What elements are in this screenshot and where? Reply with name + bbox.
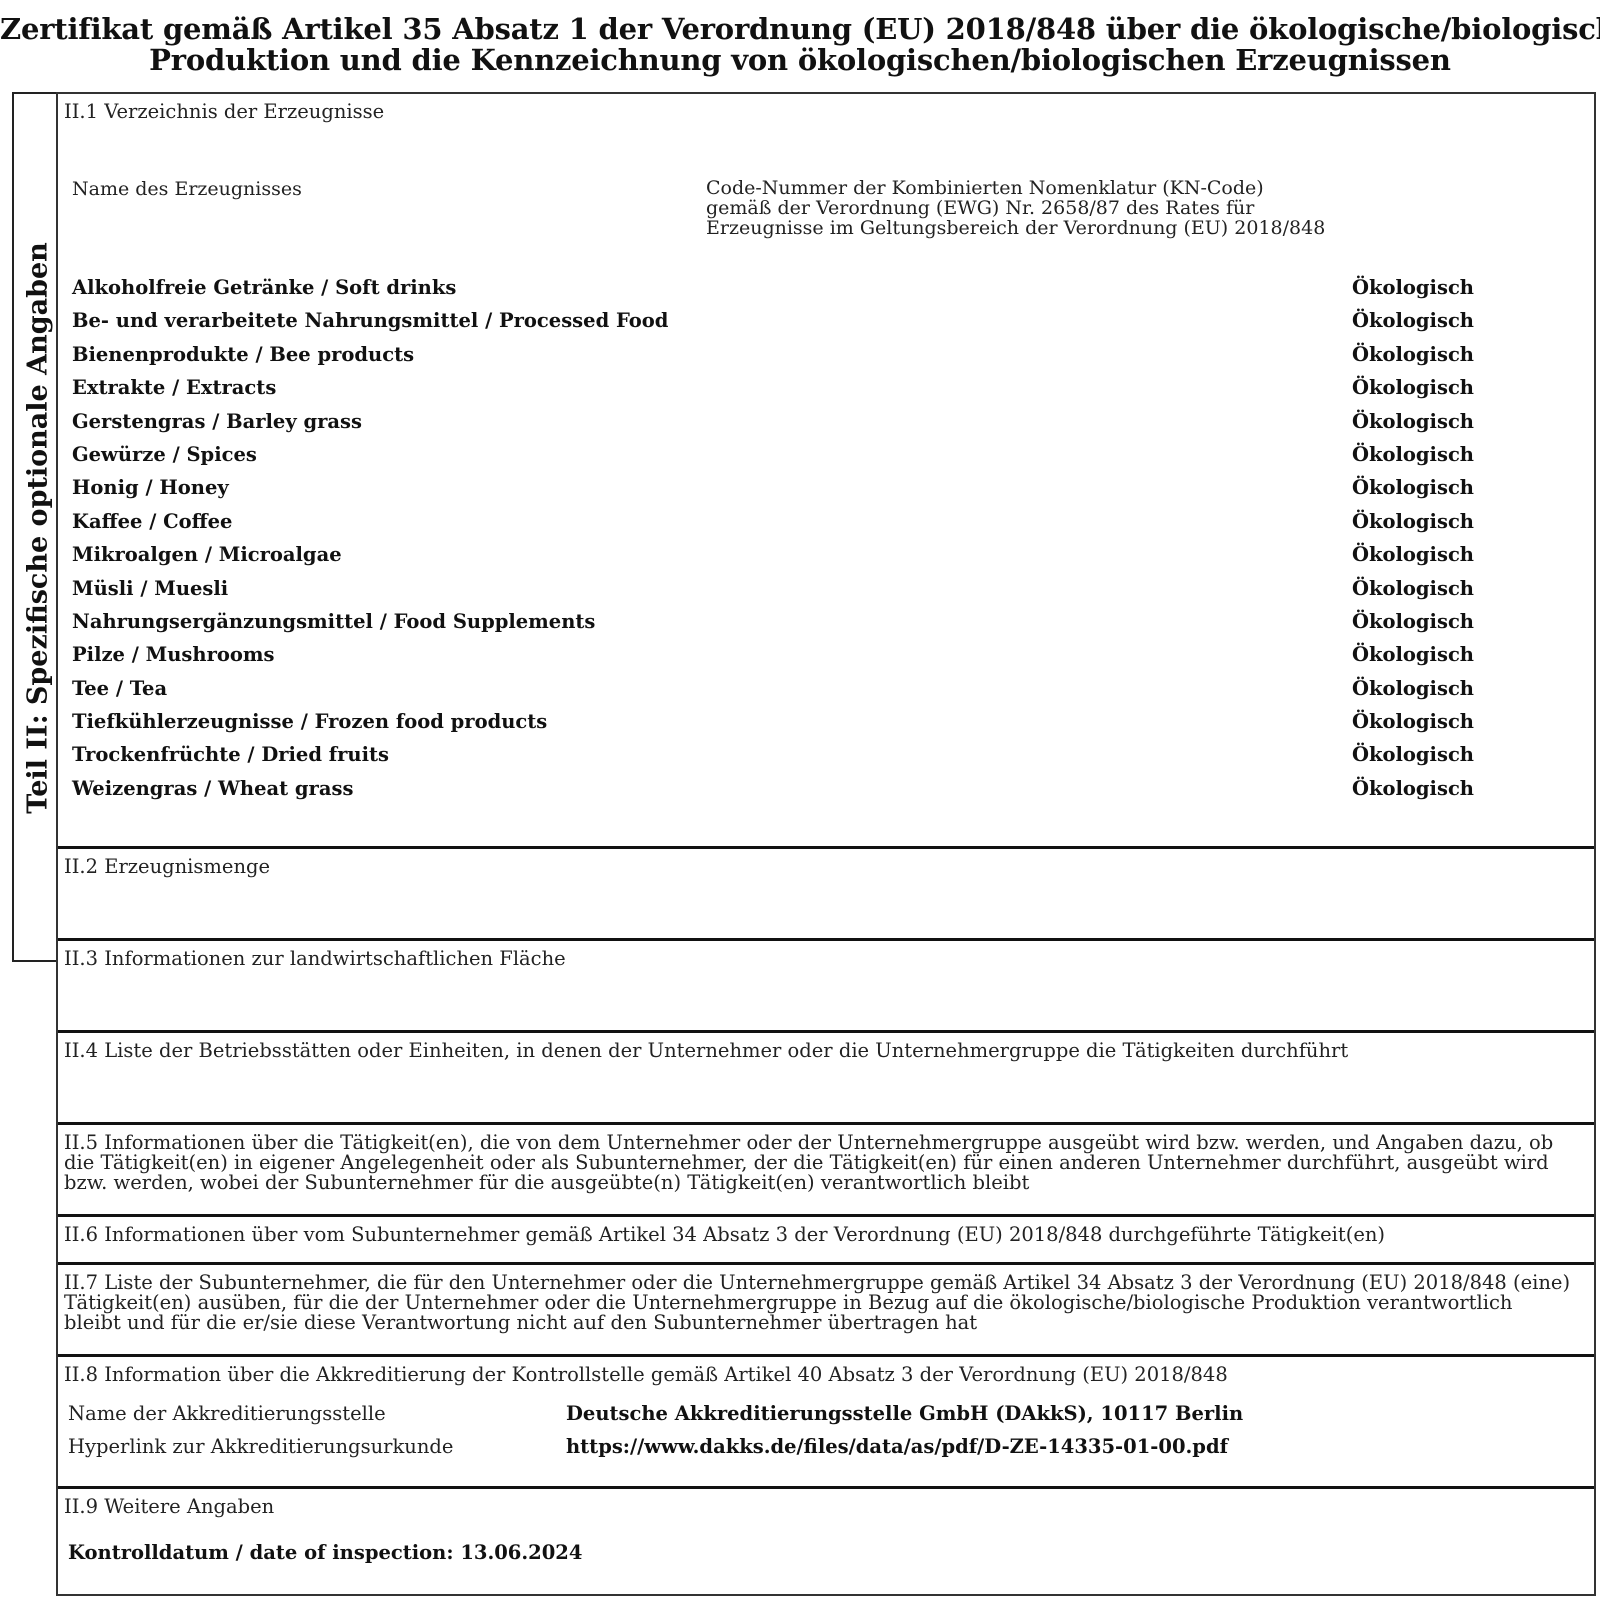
product-row: Tiefkühlerzeugnisse / Frozen food produc… [72,710,1472,743]
product-row: Bienenprodukte / Bee productsÖkologisch [72,343,1472,376]
section-ii-9: II.9 Weitere Angaben Kontrolldatum / dat… [58,1486,1594,1594]
section-ii-7: II.7 Liste der Subunternehmer, die für d… [58,1262,1594,1354]
product-organic-status: Ökologisch [1352,743,1474,766]
product-name: Gerstengras / Barley grass [72,410,362,433]
product-organic-status: Ökologisch [1352,276,1474,299]
title-line-1: Zertifikat gemäß Artikel 35 Absatz 1 der… [0,14,1600,45]
product-organic-status: Ökologisch [1352,443,1474,466]
accreditation-link-label: Hyperlink zur Akkreditierungsurkunde [68,1435,453,1458]
product-name: Müsli / Muesli [72,577,228,600]
title-line-2: Produktion und die Kennzeichnung von öko… [0,45,1600,76]
column-header-cn-code: Code-Nummer der Kombinierten Nomenklatur… [706,178,1466,238]
accreditation-body-label: Name der Akkreditierungsstelle [68,1402,386,1425]
product-row: Tee / TeaÖkologisch [72,677,1472,710]
product-row: Pilze / MushroomsÖkologisch [72,643,1472,676]
section-heading: II.5 Informationen über die Tätigkeit(en… [64,1133,1574,1193]
section-ii-5: II.5 Informationen über die Tätigkeit(en… [58,1122,1594,1214]
section-ii-2: II.2 Erzeugnismenge [58,846,1594,938]
section-ii-4: II.4 Liste der Betriebsstätten oder Einh… [58,1030,1594,1122]
product-organic-status: Ökologisch [1352,577,1474,600]
product-organic-status: Ökologisch [1352,777,1474,800]
accreditation-link[interactable]: https://www.dakks.de/files/data/as/pdf/D… [566,1435,1228,1458]
product-organic-status: Ökologisch [1352,476,1474,499]
product-name: Be- und verarbeitete Nahrungsmittel / Pr… [72,309,668,332]
product-row: Extrakte / ExtractsÖkologisch [72,376,1472,409]
accreditation-body-value: Deutsche Akkreditierungsstelle GmbH (DAk… [566,1402,1243,1425]
product-name: Honig / Honey [72,476,229,499]
product-row: Gewürze / SpicesÖkologisch [72,443,1472,476]
accreditation-link-text[interactable]: https://www.dakks.de/files/data/as/pdf/D… [566,1435,1228,1458]
product-row: Honig / HoneyÖkologisch [72,476,1472,509]
product-name: Tee / Tea [72,677,167,700]
product-row: Mikroalgen / MicroalgaeÖkologisch [72,543,1472,576]
product-organic-status: Ökologisch [1352,510,1474,533]
product-row: Gerstengras / Barley grassÖkologisch [72,410,1472,443]
product-name: Weizengras / Wheat grass [72,777,353,800]
column-header-product-name: Name des Erzeugnisses [72,178,302,200]
product-name: Trockenfrüchte / Dried fruits [72,743,389,766]
section-ii-8: II.8 Information über die Akkreditierung… [58,1354,1594,1486]
product-organic-status: Ökologisch [1352,710,1474,733]
product-row: Weizengras / Wheat grassÖkologisch [72,777,1472,810]
section-heading: II.4 Liste der Betriebsstätten oder Einh… [64,1041,1348,1061]
section-heading: II.6 Informationen über vom Subunternehm… [64,1225,1385,1245]
section-heading: II.8 Information über die Akkreditierung… [64,1365,1228,1385]
product-row: Be- und verarbeitete Nahrungsmittel / Pr… [72,309,1472,342]
product-name: Mikroalgen / Microalgae [72,543,342,566]
product-organic-status: Ökologisch [1352,376,1474,399]
product-name: Extrakte / Extracts [72,376,276,399]
product-name: Kaffee / Coffee [72,510,232,533]
product-row: Nahrungsergänzungsmittel / Food Suppleme… [72,610,1472,643]
section-ii-3: II.3 Informationen zur landwirtschaftlic… [58,938,1594,1030]
section-ii-1: II.1 Verzeichnis der Erzeugnisse Name de… [58,94,1594,846]
product-row: Kaffee / CoffeeÖkologisch [72,510,1472,543]
product-name: Tiefkühlerzeugnisse / Frozen food produc… [72,710,547,733]
section-ii-6: II.6 Informationen über vom Subunternehm… [58,1214,1594,1262]
certificate-part-ii: II.1 Verzeichnis der Erzeugnisse Name de… [56,92,1596,1596]
product-row: Müsli / MuesliÖkologisch [72,577,1472,610]
product-organic-status: Ökologisch [1352,543,1474,566]
product-organic-status: Ökologisch [1352,677,1474,700]
section-heading: II.3 Informationen zur landwirtschaftlic… [64,949,566,969]
section-heading: II.7 Liste der Subunternehmer, die für d… [64,1273,1574,1333]
part-label: Teil II: Spezifische optionale Angaben [23,242,54,814]
product-organic-status: Ökologisch [1352,643,1474,666]
product-name: Gewürze / Spices [72,443,257,466]
product-name: Pilze / Mushrooms [72,643,274,666]
section-heading: II.2 Erzeugnismenge [64,857,270,877]
certificate-title: Zertifikat gemäß Artikel 35 Absatz 1 der… [0,14,1600,76]
product-organic-status: Ökologisch [1352,410,1474,433]
inspection-date: Kontrolldatum / date of inspection: 13.0… [68,1541,582,1564]
product-organic-status: Ökologisch [1352,610,1474,633]
product-name: Bienenprodukte / Bee products [72,343,414,366]
section-heading: II.9 Weitere Angaben [64,1497,274,1517]
product-list: Alkoholfreie Getränke / Soft drinksÖkolo… [72,276,1472,810]
product-row: Trockenfrüchte / Dried fruitsÖkologisch [72,743,1472,776]
product-row: Alkoholfreie Getränke / Soft drinksÖkolo… [72,276,1472,309]
section-heading: II.1 Verzeichnis der Erzeugnisse [64,102,384,122]
product-name: Alkoholfreie Getränke / Soft drinks [72,276,456,299]
product-organic-status: Ökologisch [1352,309,1474,332]
product-organic-status: Ökologisch [1352,343,1474,366]
product-name: Nahrungsergänzungsmittel / Food Suppleme… [72,610,595,633]
